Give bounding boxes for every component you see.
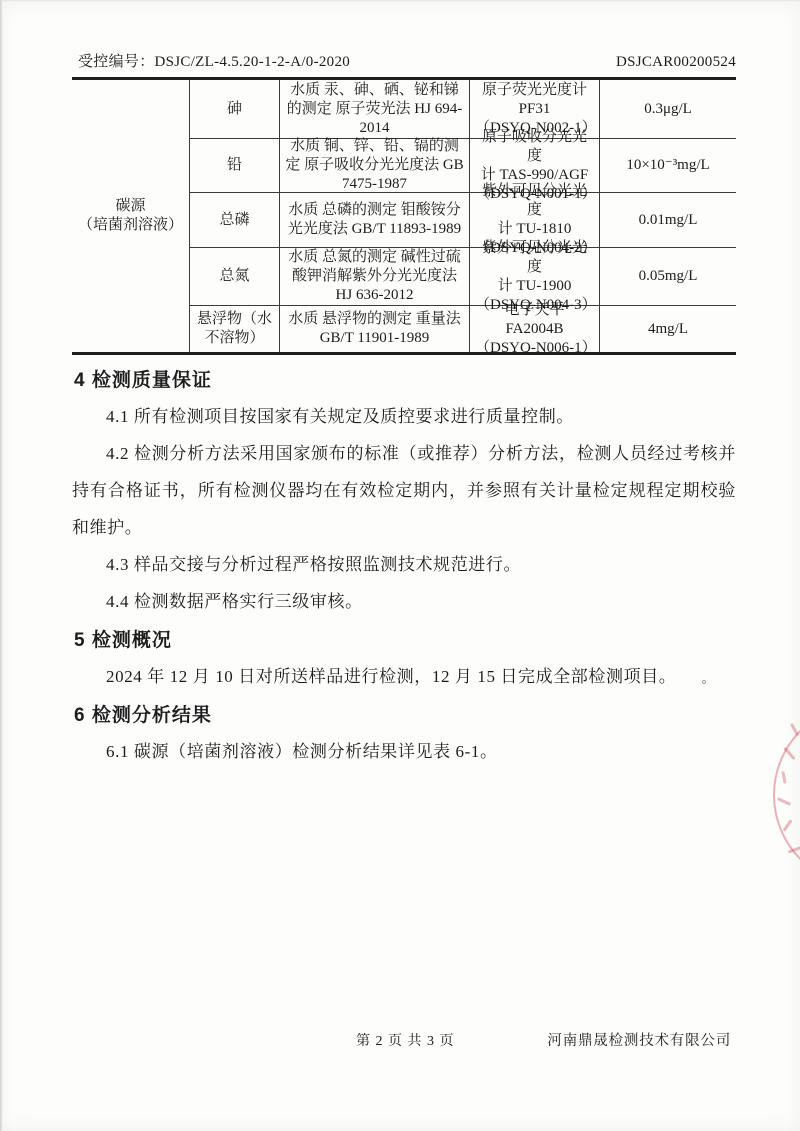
company-name: 河南鼎晟检测技术有限公司 (547, 1029, 731, 1050)
table-row: 悬浮物（水不溶物） 水质 悬浮物的测定 重量法 GB/T 11901-1989 … (190, 306, 736, 352)
limit-cell: 0.05mg/L (600, 248, 736, 305)
param-cell: 铅 (190, 139, 280, 192)
section-heading: 4 检测质量保证 (74, 366, 736, 396)
table-rows: 砷 水质 汞、砷、硒、铋和锑的测定 原子荧光法 HJ 694-2014 原子荧光… (190, 80, 736, 352)
param-cell: 总氮 (190, 248, 280, 305)
section-analysis-results: 6 检测分析结果 6.1 碳源（培菌剂溶液）检测分析结果详见表 6-1。 (72, 701, 736, 770)
method-cell: 水质 总磷的测定 钼酸铵分光光度法 GB/T 11893-1989 (280, 193, 470, 247)
paragraph: 4.3 样品交接与分析过程严格按照监测技术规范进行。 (72, 546, 736, 583)
instrument-cell: 电子天平 FA2004B （DSYQ-N006-1） (470, 306, 600, 352)
scanned-report-page: { "header": { "control_number": "受控编号：DS… (0, 0, 800, 1131)
page-number: 第 2 页 共 3 页 (356, 1030, 455, 1050)
param-cell: 悬浮物（水不溶物） (190, 306, 280, 352)
method-cell: 水质 悬浮物的测定 重量法 GB/T 11901-1989 (280, 306, 470, 352)
report-number: DSJCAR00200524 (616, 54, 736, 71)
methods-table: 碳源 （培菌剂溶液） 砷 水质 汞、砷、硒、铋和锑的测定 原子荧光法 HJ 69… (72, 77, 736, 355)
section-heading: 5 检测概况 (74, 626, 736, 656)
paragraph: 4.1 所有检测项目按国家有关规定及质控要求进行质量控制。 (72, 398, 736, 435)
method-cell: 水质 总氮的测定 碱性过硫酸钾消解紫外分光光度法 HJ 636-2012 (280, 248, 470, 305)
seal-mark (790, 723, 799, 736)
limit-cell: 0.01mg/L (600, 193, 736, 247)
control-number: 受控编号：DSJC/ZL-4.5.20-1-2-A/0-2020 (72, 50, 350, 71)
paragraph: 4.4 检测数据严格实行三级审核。 (72, 583, 736, 620)
section-heading: 6 检测分析结果 (74, 701, 736, 731)
section-quality-assurance: 4 检测质量保证 4.1 所有检测项目按国家有关规定及质控要求进行质量控制。 4… (72, 366, 736, 620)
paragraph: 6.1 碳源（培菌剂溶液）检测分析结果详见表 6-1。 (72, 733, 736, 770)
paragraph: 4.2 检测分析方法采用国家颁布的标准（或推荐）分析方法，检测人员经过考核并持有… (72, 435, 736, 546)
section-test-overview: 5 检测概况 2024 年 12 月 10 日对所送样品进行检测，12 月 15… (72, 626, 736, 695)
paragraph: 2024 年 12 月 10 日对所送样品进行检测，12 月 15 日完成全部检… (72, 658, 736, 695)
method-cell: 水质 汞、砷、硒、铋和锑的测定 原子荧光法 HJ 694-2014 (280, 80, 470, 138)
scan-edge-left (0, 0, 3, 1131)
document-body: 4 检测质量保证 4.1 所有检测项目按国家有关规定及质控要求进行质量控制。 4… (72, 362, 736, 770)
limit-cell: 10×10⁻³mg/L (600, 139, 736, 192)
sample-name-cell: 碳源 （培菌剂溶液） (72, 80, 190, 352)
param-cell: 砷 (190, 80, 280, 138)
table-row: 铅 水质 铜、锌、铅、镉的测定 原子吸收分光光度法 GB 7475-1987 原… (190, 139, 736, 193)
table-row: 总氮 水质 总氮的测定 碱性过硫酸钾消解紫外分光光度法 HJ 636-2012 … (190, 248, 736, 306)
scan-edge-top (0, 0, 800, 2)
scan-speck (702, 680, 706, 684)
limit-cell: 4mg/L (600, 306, 736, 352)
param-cell: 总磷 (190, 193, 280, 247)
document-header: 受控编号：DSJC/ZL-4.5.20-1-2-A/0-2020 DSJCAR0… (72, 50, 736, 71)
instrument-cell: 紫外可见分光光度 计 TU-1900 （DSYQ-N004-3） (470, 248, 600, 305)
limit-cell: 0.3μg/L (600, 80, 736, 138)
table-row: 砷 水质 汞、砷、硒、铋和锑的测定 原子荧光法 HJ 694-2014 原子荧光… (190, 80, 736, 139)
table-row: 总磷 水质 总磷的测定 钼酸铵分光光度法 GB/T 11893-1989 紫外可… (190, 193, 736, 248)
method-cell: 水质 铜、锌、铅、镉的测定 原子吸收分光光度法 GB 7475-1987 (280, 139, 470, 192)
